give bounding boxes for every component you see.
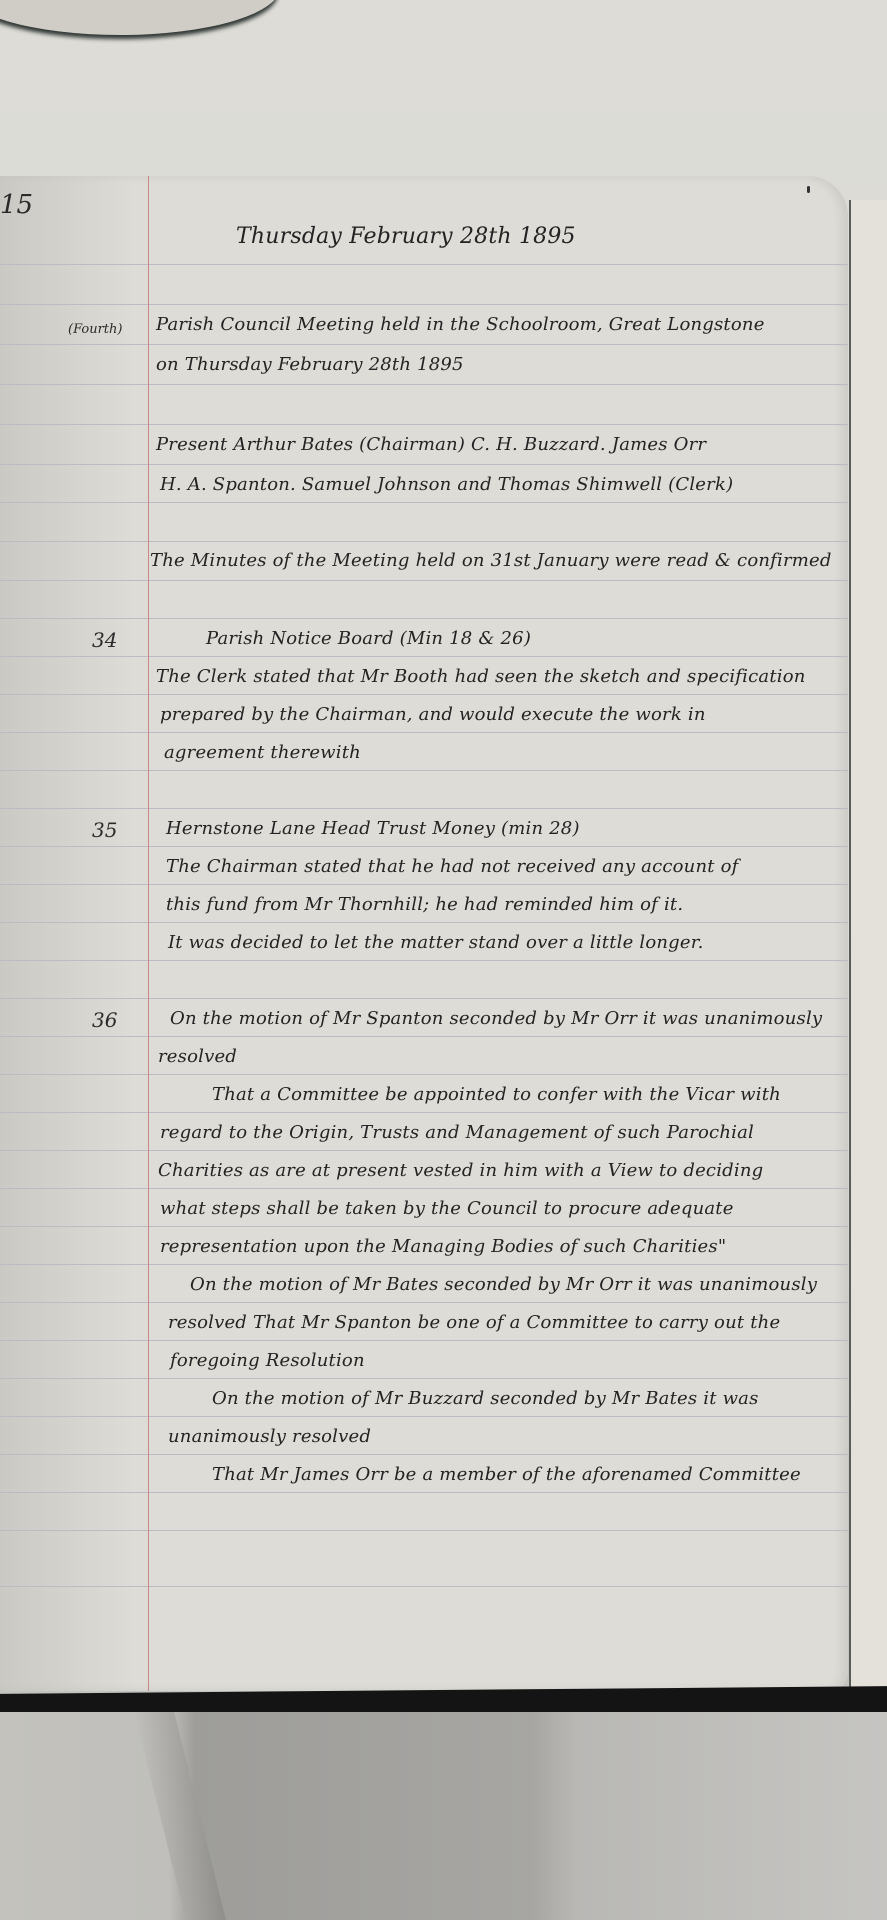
minute-text-line: resolved That Mr Spanton be one of a Com… [168,1312,780,1333]
attendees-line: Present Arthur Bates (Chairman) C. H. Bu… [156,434,706,455]
ruled-line [0,998,848,999]
minute-title: Hernstone Lane Head Trust Money (min 28) [166,818,580,839]
ruled-line [0,1340,848,1341]
ruled-line [0,1530,848,1531]
ruled-line [0,1378,848,1379]
ruled-line [0,580,848,581]
underlying-next-page [849,200,887,1690]
ruled-line [0,1454,848,1455]
ruled-line [0,1036,848,1037]
red-margin-line [148,176,149,1691]
ruled-line [0,1074,848,1075]
lower-surface [0,1712,887,1920]
minute-text-line: unanimously resolved [168,1426,371,1447]
ruled-line [0,464,848,465]
minute-text-line: That Mr James Orr be a member of the afo… [212,1464,801,1485]
minute-text-line: what steps shall be taken by the Council… [160,1198,734,1219]
minute-text-line: On the motion of Mr Spanton seconded by … [170,1008,822,1029]
ruled-line [0,1302,848,1303]
minutes-confirmed-line: The Minutes of the Meeting held on 31st … [150,550,832,571]
page-shadow [0,176,135,1691]
ruled-line [0,1150,848,1151]
minute-text-line: prepared by the Chairman, and would exec… [160,704,706,725]
minute-text-line: Charities as are at present vested in hi… [158,1160,763,1181]
page-number: 15 [0,190,33,220]
minute-number: 34 [92,628,117,652]
ruled-line [0,1492,848,1493]
ruled-line [0,344,848,345]
minute-text-line: representation upon the Managing Bodies … [160,1236,726,1257]
minute-text-line: The Clerk stated that Mr Booth had seen … [156,666,806,687]
minute-text-line: foregoing Resolution [170,1350,365,1371]
minute-text-line: On the motion of Mr Bates seconded by Mr… [190,1274,817,1295]
date-heading: Thursday February 28th 1895 [236,224,576,249]
minute-number: 36 [92,1008,117,1032]
ruled-line [0,502,848,503]
meeting-ordinal-note: (Fourth) [68,322,122,337]
ruled-line [0,541,848,542]
minute-title: Parish Notice Board (Min 18 & 26) [206,628,531,649]
minute-text-line: It was decided to let the matter stand o… [168,932,704,953]
ruled-line [0,770,848,771]
ruled-line [0,694,848,695]
ledger-page: 15 Thursday February 28th 1895 (Fourth) … [0,176,848,1691]
ruled-line [0,922,848,923]
ruled-line [0,264,848,265]
attendees-line: H. A. Spanton. Samuel Johnson and Thomas… [160,474,733,495]
ruled-line [0,732,848,733]
minute-number: 35 [92,818,117,842]
ruled-line [0,384,848,385]
ink-mark [807,186,810,193]
ruled-line [0,846,848,847]
ruled-line [0,1112,848,1113]
minute-text-line: this fund from Mr Thornhill; he had remi… [166,894,683,915]
ruled-line [0,1226,848,1227]
minute-text-line: That a Committee be appointed to confer … [212,1084,781,1105]
ruled-line [0,618,848,619]
ruled-line [0,304,848,305]
intro-line: Parish Council Meeting held in the Schoo… [156,314,765,335]
minute-text-line: resolved [158,1046,237,1067]
minute-text-line: The Chairman stated that he had not rece… [166,856,739,877]
ruled-line [0,960,848,961]
ruled-line [0,1188,848,1189]
ruled-line [0,808,848,809]
ruled-line [0,1416,848,1417]
ruled-line [0,1264,848,1265]
minute-text-line: On the motion of Mr Buzzard seconded by … [212,1388,759,1409]
ruled-line [0,884,848,885]
intro-line: on Thursday February 28th 1895 [156,354,464,375]
ruled-line [0,424,848,425]
ruled-line [0,1586,848,1587]
ruled-line [0,656,848,657]
minute-text-line: agreement therewith [164,742,361,763]
minute-text-line: regard to the Origin, Trusts and Managem… [160,1122,754,1143]
